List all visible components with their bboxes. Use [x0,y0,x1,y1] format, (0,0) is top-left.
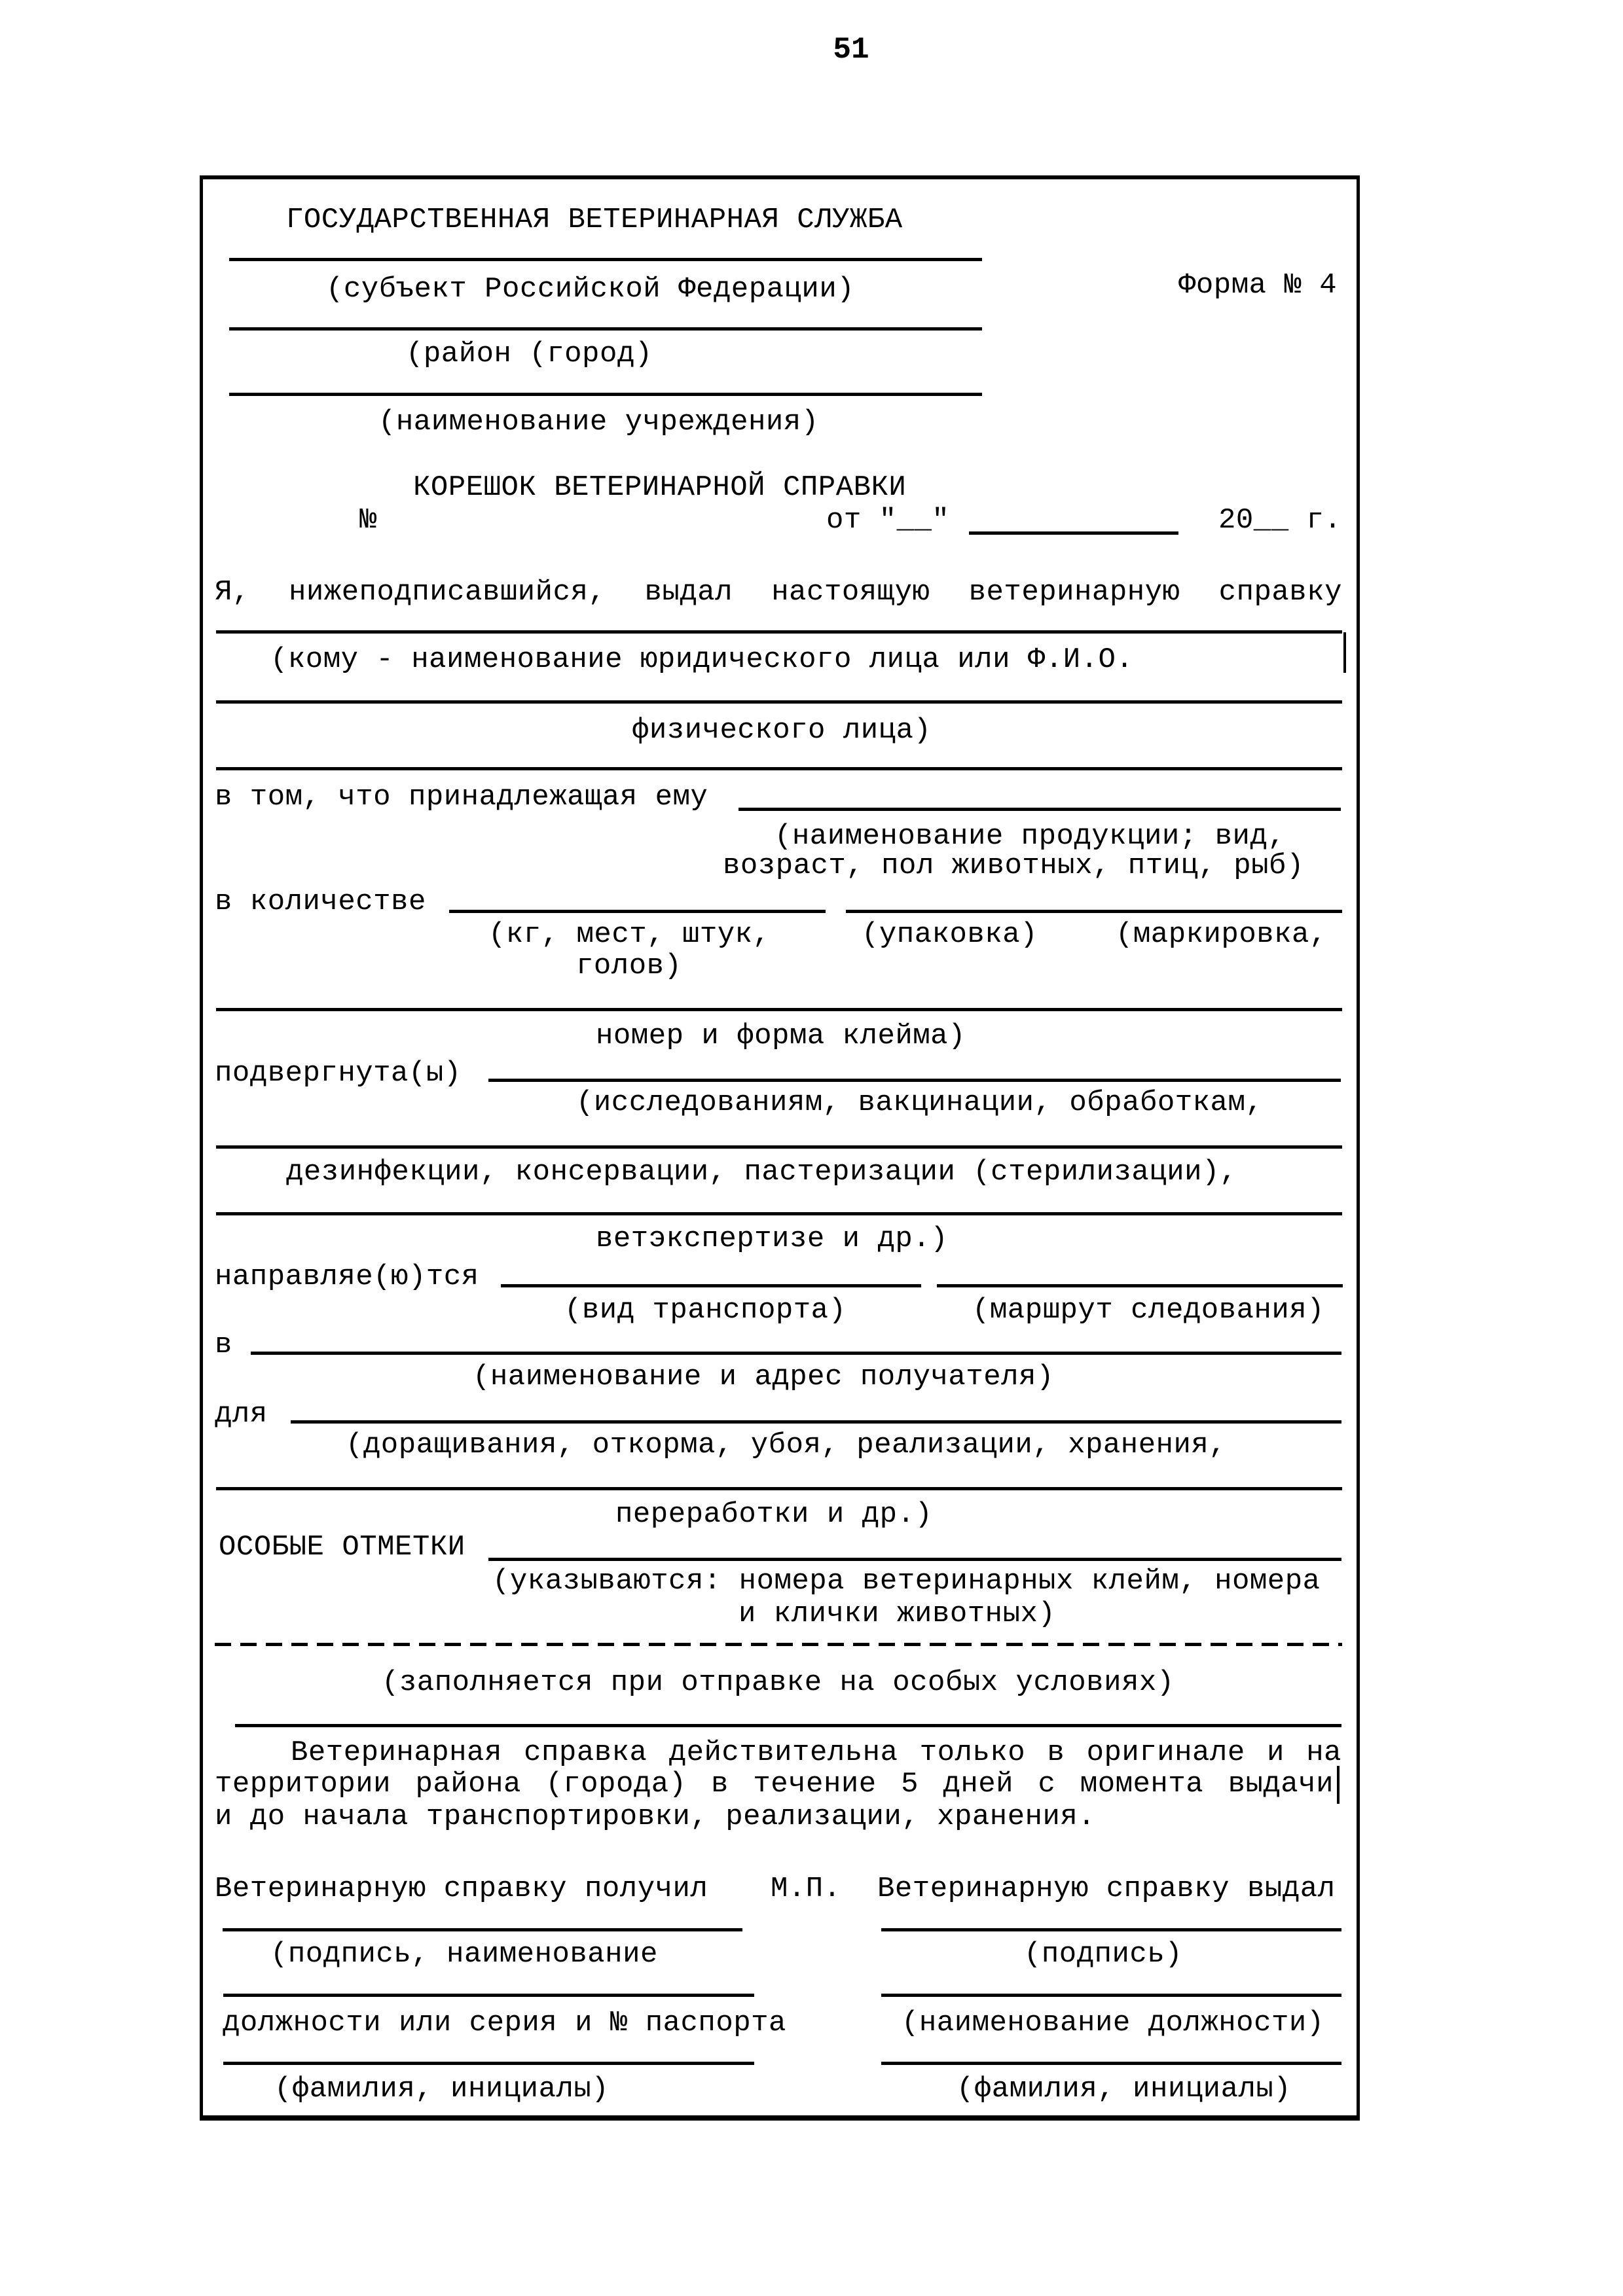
validity-line-3: и до начала транспортировки, реализации,… [215,1800,1095,1835]
heads-caption: голов) [576,949,682,984]
blank-line-subject [229,258,982,261]
disinfection-caption: дезинфекции, консервации, пастеризации (… [286,1155,1237,1190]
received-label: Ветеринарную справку получил [215,1872,708,1907]
whom-caption: (кому - наименование юридического лица и… [270,643,1133,677]
signature-line-right-3 [881,2062,1341,2065]
border-stub-right-2 [1337,1766,1340,1804]
dashed-separator [215,1643,1342,1646]
special-label: ОСОБЫЕ ОТМЕТКИ [219,1530,465,1565]
blank-line-brand [216,1008,1342,1011]
signature-line-left-1 [223,1928,742,1931]
stamp-label: М.П. [771,1872,841,1907]
special-caption-1: (указываются: номера ветеринарных клейм,… [492,1564,1321,1599]
package-caption: (упаковка) [862,918,1038,952]
signature-name-caption: (подпись, наименование [270,1937,658,1972]
vetexpertise-caption: ветэкспертизе и др.) [596,1222,948,1257]
signature-line-right-2 [881,1994,1341,1997]
sent-label: направляе(ю)тся [215,1260,479,1295]
blank-line-belonging [216,767,1342,770]
blank-line-route [937,1284,1343,1287]
validity-line-1: Ветеринарная справка действительна тольк… [291,1736,1341,1770]
issued-label: Ветеринарную справку выдал [877,1872,1336,1907]
purpose-caption: (доращивания, откорма, убоя, реализации,… [346,1428,1226,1463]
blank-line-disinfection [216,1145,1342,1149]
blank-line-date [969,531,1178,535]
quantity-label: в количестве [215,885,426,920]
signature-line-left-2 [223,1994,754,1997]
blank-line-district [229,327,982,331]
signature-caption: (подпись) [1024,1937,1182,1972]
blank-line-vetexpertise [216,1212,1342,1215]
brand-caption: номер и форма клейма) [596,1019,966,1054]
issued-line: Я, нижеподписавшийся, выдал настоящую ве… [215,575,1342,610]
blank-line-special [488,1558,1341,1561]
number-sign: № [359,503,377,538]
blank-line-transport [501,1284,921,1287]
blank-line-subjected [488,1079,1341,1082]
institution-caption: (наименование учреждения) [378,405,819,440]
blank-line-quantity-2 [846,910,1342,913]
qty-caption: (кг, мест, штук, [488,918,770,952]
blank-line-purpose [291,1420,1341,1424]
transport-caption: (вид транспорта) [564,1293,846,1328]
subject-caption: (субъект Российской Федерации) [326,272,854,307]
signature-line-right-1 [881,1928,1341,1931]
stub-title: КОРЕШОК ВЕТЕРИНАРНОЙ СПРАВКИ [413,471,906,505]
date-from: от "__" [826,503,949,538]
blank-line-production [739,808,1341,811]
form-number: Форма № 4 [1178,268,1337,303]
subjected-label: подвергнута(ы) [215,1056,462,1091]
age-caption: возраст, пол животных, птиц, рыб) [723,849,1304,884]
surname-caption-right: (фамилия, инициалы) [957,2072,1291,2107]
special-conditions-caption: (заполняется при отправке на особых усло… [382,1666,1175,1700]
processing-caption: переработки и др.) [615,1498,932,1532]
research-caption: (исследованиям, вакцинации, обработкам, [576,1086,1263,1121]
signature-line-left-3 [223,2062,754,2065]
separator-validity [235,1724,1341,1727]
date-year: 20__ г. [1218,503,1341,538]
blank-line-processing [216,1487,1342,1490]
position-passport-caption: должности или серия и № паспорта [223,2006,786,2041]
blank-line-quantity-1 [449,910,826,913]
scanned-form-page: 51 ГОСУДАРСТВЕННАЯ ВЕТЕРИНАРНАЯ СЛУЖБА Ф… [0,0,1623,2296]
district-caption: (район (город) [406,337,653,372]
to-label: в [215,1328,232,1363]
border-stub-right-1 [1343,632,1346,673]
belonging-line: в том, что принадлежащая ему [215,780,708,815]
route-caption: (маршрут следования) [972,1293,1324,1328]
blank-line-institution [229,393,982,396]
blank-line-recipient [251,1352,1341,1355]
special-caption-2: и клички животных) [739,1597,1055,1632]
for-label: для [215,1397,268,1432]
surname-caption-left: (фамилия, инициалы) [274,2072,609,2107]
marking-caption: (маркировка, [1116,918,1327,952]
service-name: ГОСУДАРСТВЕННАЯ ВЕТЕРИНАРНАЯ СЛУЖБА [286,203,903,238]
validity-line-2: территории района (города) в течение 5 д… [215,1767,1334,1802]
recipient-caption: (наименование и адрес получателя) [473,1360,1054,1395]
individual-caption: физического лица) [632,713,931,748]
blank-line-whom [216,630,1342,634]
blank-line-individual [216,700,1342,704]
position-caption: (наименование должности) [902,2006,1324,2041]
page-number: 51 [812,33,890,67]
